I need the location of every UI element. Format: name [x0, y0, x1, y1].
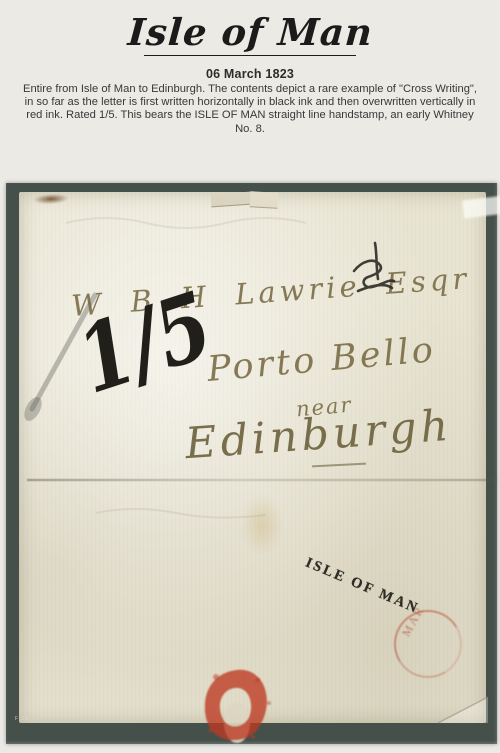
title-underline	[144, 55, 356, 56]
fold-crease	[27, 479, 497, 481]
manuscript-address-line: Porto Bello	[206, 330, 438, 390]
manuscript-address-line: Edinburgh	[184, 401, 454, 470]
corner-glare	[462, 196, 500, 219]
page-header: Isle of Man 06 March 1823 Entire from Is…	[0, 0, 500, 136]
description-line: in so far as the letter is first written…	[0, 96, 500, 109]
mat-inventory-mark: F 16	[15, 716, 29, 722]
description: Entire from Isle of Man to Edinburgh. Th…	[0, 83, 500, 136]
paper-stain	[241, 495, 283, 555]
description-line: No. 8.	[0, 123, 500, 136]
letter-paper: W B H Lawrie Esqr 1/5 Porto Bello near E…	[19, 192, 486, 723]
description-line: Entire from Isle of Man to Edinburgh. Th…	[0, 83, 500, 96]
description-line: red ink. Rated 1/5. This bears the ISLE …	[0, 109, 500, 122]
red-circular-datestamp: MAR	[387, 603, 469, 685]
paper-fold-tab	[211, 192, 252, 208]
straight-line-handstamp: ISLE OF MAN	[303, 555, 422, 618]
page-title: Isle of Man	[126, 10, 374, 54]
cover-photo: W B H Lawrie Esqr 1/5 Porto Bello near E…	[6, 183, 497, 744]
paper-fold-tab	[250, 191, 279, 208]
manuscript-underline	[312, 463, 366, 468]
burn-stain	[33, 193, 69, 205]
date-heading: 06 March 1823	[0, 67, 500, 81]
